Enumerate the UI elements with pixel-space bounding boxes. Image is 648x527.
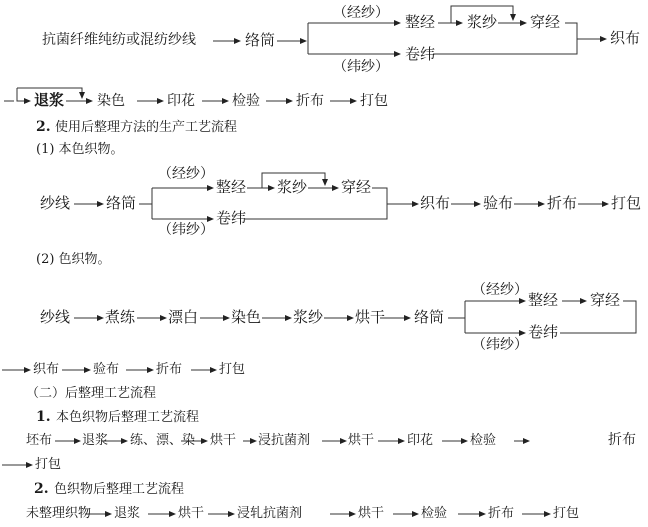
flow1-node-zhengjing: 整经 (405, 15, 435, 30)
part2-s1-step: 坯布 (26, 434, 52, 447)
part2-s2-step: 烘干 (358, 507, 384, 520)
flow1-warp-label: （经纱） (333, 6, 389, 20)
part2-s1-step: 检验 (470, 434, 496, 447)
flow1-row2-step: 退浆 (34, 93, 64, 108)
flow1-node-juanwei: 卷纬 (405, 47, 435, 62)
flow3-node-zhengjing: 整经 (528, 293, 558, 308)
flow2-start: 纱线 (40, 196, 70, 211)
flow3-tail-step: 织布 (33, 363, 59, 376)
part2-s2-title: 色织物后整理工艺流程 (54, 483, 184, 496)
flow2-node-juanwei: 卷纬 (216, 211, 246, 226)
flow3-step: 络筒 (414, 310, 444, 325)
flow1-row2-step: 折布 (296, 94, 324, 108)
flow2-tail-step: 打包 (611, 196, 641, 211)
flow3-tail-step: 验布 (93, 363, 119, 376)
flow1-node-luotong: 络筒 (245, 33, 275, 48)
flow1-node-chuanjing: 穿经 (530, 15, 560, 30)
flow1-row2-step: 印花 (167, 94, 195, 108)
flow3-tail-step: 打包 (219, 363, 245, 376)
flow3-step: 染色 (231, 310, 261, 325)
part2-s2-step: 退浆 (114, 507, 140, 520)
flow2-node-jiangsha: 浆纱 (277, 180, 307, 195)
part2-s2-number: 2. (34, 482, 49, 496)
flow3-step: 浆纱 (293, 310, 323, 325)
flow3-step: 煮练 (105, 310, 135, 325)
part2-s1-step: 烘干 (210, 434, 236, 447)
part2-s2-step: 浸轧抗菌剂 (237, 507, 302, 520)
flow3-step: 纱线 (40, 310, 70, 325)
section2-sub1: (1) 本色织物。 (36, 143, 124, 156)
flow2-node-zhengjing: 整经 (216, 180, 246, 195)
part2-s2-step: 折布 (488, 507, 514, 520)
part2-s1-step: 折布 (608, 433, 636, 447)
part2-s2-step: 烘干 (178, 507, 204, 520)
part2-s2-step: 打包 (553, 507, 579, 520)
part2-s1-step: 印花 (407, 434, 433, 447)
section2-number: 2. (36, 120, 51, 134)
flow2-weft-label: （纬纱） (158, 223, 214, 237)
flow2-node-chuanjing: 穿经 (341, 180, 371, 195)
section2-sub2: (2) 色织物。 (36, 253, 111, 266)
part2-s2-step: 检验 (421, 507, 447, 520)
flow3-node-chuanjing: 穿经 (590, 293, 620, 308)
flow1-node-zhibu: 织布 (610, 31, 640, 46)
flow3-warp-label: （经纱） (472, 283, 528, 297)
flow3-node-juanwei: 卷纬 (528, 325, 558, 340)
flow2-tail-step: 织布 (420, 196, 450, 211)
part2-s1-step: 练、漂、染 (130, 434, 195, 447)
flow1-node-jiangsha: 浆纱 (467, 15, 497, 30)
part2-heading: （二）后整理工艺流程 (26, 387, 156, 400)
part2-s1-number: 1. (36, 410, 51, 424)
flow2-node-luotong: 络筒 (106, 196, 136, 211)
flow2-tail-step: 折布 (547, 196, 577, 211)
flow1-start: 抗菌纤维纯纺或混纺纱线 (42, 33, 196, 47)
part2-s1-title: 本色织物后整理工艺流程 (56, 411, 199, 424)
flow1-row2-step: 打包 (360, 94, 388, 108)
part2-s1-step: 退浆 (82, 434, 108, 447)
part2-s1-last: 打包 (35, 458, 61, 471)
flow3-step: 漂白 (168, 310, 198, 325)
flow3-tail-step: 折布 (156, 363, 182, 376)
flow1-row2-step: 染色 (97, 94, 125, 108)
flow1-row2-step: 检验 (232, 94, 260, 108)
flow3-step: 烘干 (355, 310, 385, 325)
part2-s1-step: 烘干 (348, 434, 374, 447)
flow2-tail-step: 验布 (483, 196, 513, 211)
flow2-warp-label: （经纱） (158, 167, 214, 181)
part2-s2-step: 未整理织物 (26, 507, 91, 520)
flow3-weft-label: （纬纱） (472, 338, 528, 352)
flow1-weft-label: （纬纱） (333, 60, 389, 74)
part2-s1-step: 浸抗菌剂 (258, 434, 310, 447)
section2-title: 使用后整理方法的生产工艺流程 (55, 121, 237, 134)
